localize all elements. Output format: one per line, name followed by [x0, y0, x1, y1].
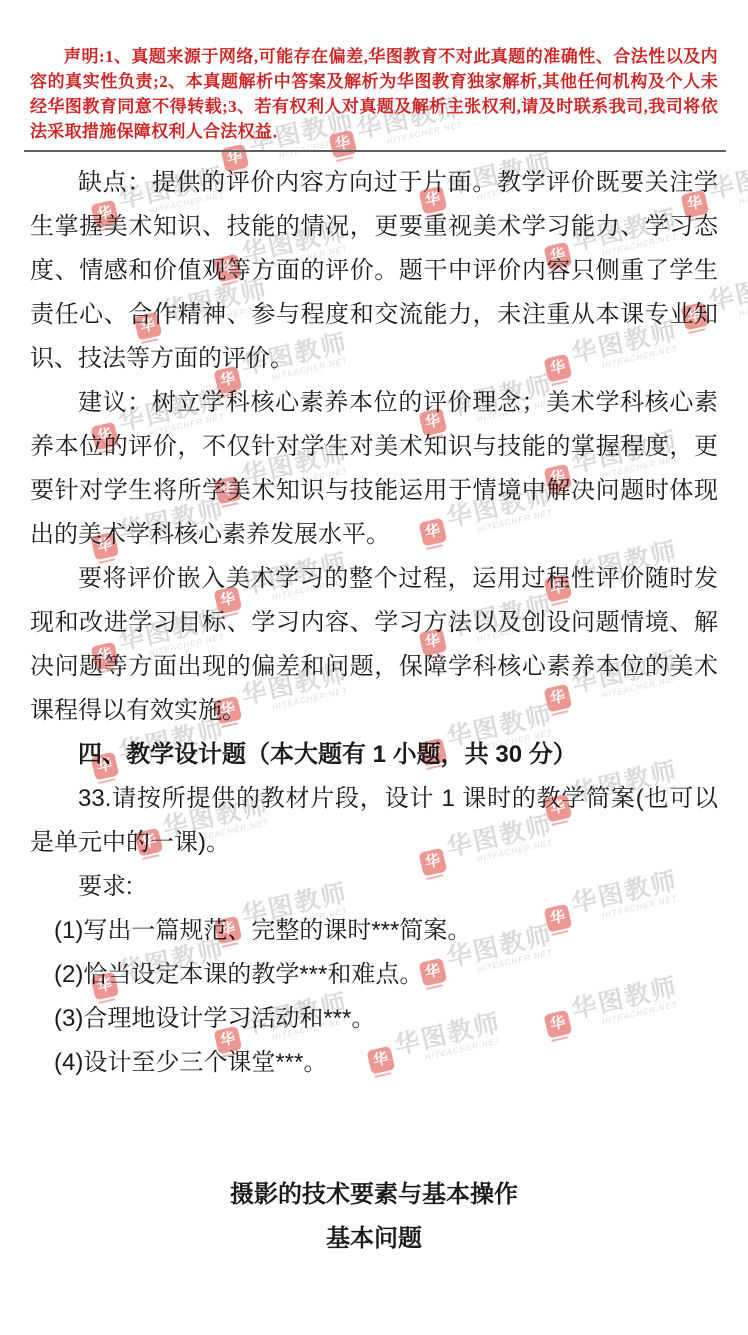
body-paragraph: (3)合理地设计学习活动和***。: [30, 997, 718, 1041]
disclaimer-text: 声明:1、真题来源于网络,可能存在偏差,华图教育不对此真题的准确性、合法性以及内…: [30, 0, 718, 144]
footer-heading: 基本问题: [30, 1217, 718, 1261]
document-page: 华华图教师HITEACHER.NET华华图教师HITEACHER.NET华华图教…: [0, 0, 748, 1335]
body-paragraph: 要求:: [30, 865, 718, 909]
body-paragraph: (2)恰当设定本课的教学***和难点。: [30, 953, 718, 997]
section-heading: 四、教学设计题（本大题有 1 小题，共 30 分）: [30, 733, 718, 777]
body-paragraph: (4)设计至少三个课堂***。: [30, 1041, 718, 1085]
page-content: 声明:1、真题来源于网络,可能存在偏差,华图教育不对此真题的准确性、合法性以及内…: [0, 0, 748, 1261]
body-paragraph: 要将评价嵌入美术学习的整个过程，运用过程性评价随时发现和改进学习目标、学习内容、…: [30, 557, 718, 733]
footer-heading: 摄影的技术要素与基本操作: [30, 1173, 718, 1217]
body-paragraph: 缺点：提供的评价内容方向过于片面。教学评价既要关注学生掌握美术知识、技能的情况，…: [30, 161, 718, 381]
blank-line: [30, 1129, 718, 1173]
body-paragraph: (1)写出一篇规范、完整的课时***简案。: [30, 909, 718, 953]
body-paragraph: 33.请按所提供的教材片段，设计 1 课时的教学简案(也可以是单元中的一课)。: [30, 777, 718, 865]
body-paragraph: 建议：树立学科核心素养本位的评价理念；美术学科核心素养本位的评价，不仅针对学生对…: [30, 381, 718, 557]
blank-line: [30, 1085, 718, 1129]
text-flow: 缺点：提供的评价内容方向过于片面。教学评价既要关注学生掌握美术知识、技能的情况，…: [30, 152, 718, 1261]
